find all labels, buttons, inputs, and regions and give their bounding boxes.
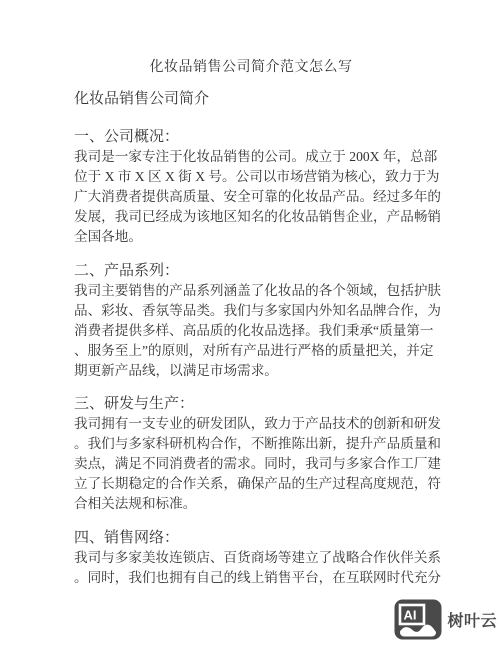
section-rd-production: 三、研发与生产： 我司拥有一支专业的研发团队，致力于产品技术的创新和研发 。我们… (74, 394, 428, 514)
section-product-series: 二、产品系列： 我司主要销售的产品系列涵盖了化妆品的各个领域，包括护肤 品、彩妆… (74, 261, 428, 381)
text-line: 广大消费者提供高质量、安全可靠的化妆品产品。经过多年的 (74, 187, 428, 207)
text-line: 位于 X 市 X 区 X 街 X 号。公司以市场营销为核心，致力于为 (74, 167, 428, 187)
watermark-brand-text: 树叶云 (447, 608, 497, 631)
text-line: 品、彩妆、香氛等品类。我们与多家国内外知名品牌合作，为 (74, 301, 428, 321)
document-content: 化妆品销售公司简介范文怎么写 化妆品销售公司简介 一、公司概况： 我司是一家专注… (74, 58, 428, 588)
text-line: 期更新产品线，以满足市场需求。 (74, 361, 428, 381)
text-line: 。同时，我们也拥有自己的线上销售平台，在互联网时代充分 (74, 568, 428, 588)
section-heading: 四、销售网络： (74, 528, 428, 548)
section-sales-network: 四、销售网络： 我司与多家美妆连锁店、百货商场等建立了战略合作伙伴关系 。同时，… (74, 528, 428, 588)
text-line: 、服务至上”的原则，对所有产品进行严格的质量把关，并定 (74, 341, 428, 361)
text-line: 发展，我司已经成为该地区知名的化妆品销售企业，产品畅销 (74, 207, 428, 227)
text-line: 我司是一家专注于化妆品销售的公司。成立于 200X 年，总部 (74, 147, 428, 167)
text-line: 全国各地。 (74, 227, 428, 247)
watermark: AI 树叶云 (394, 599, 497, 640)
section-heading: 二、产品系列： (74, 261, 428, 281)
text-line: 我司拥有一支专业的研发团队，致力于产品技术的创新和研发 (74, 414, 428, 434)
section-company-overview: 一、公司概况： 我司是一家专注于化妆品销售的公司。成立于 200X 年，总部 位… (74, 127, 428, 247)
text-line: 立了长期稳定的合作关系，确保产品的生产过程高度规范，符 (74, 474, 428, 494)
text-line: 合相关法规和标准。 (74, 494, 428, 514)
text-line: 我司与多家美妆连锁店、百货商场等建立了战略合作伙伴关系 (74, 548, 428, 568)
text-line: 消费者提供多样、高品质的化妆品选择。我们秉承“质量第一 (74, 321, 428, 341)
document-page: 化妆品销售公司简介范文怎么写 化妆品销售公司简介 一、公司概况： 我司是一家专注… (0, 0, 500, 647)
text-line: 。我们与多家科研机构合作，不断推陈出新，提升产品质量和 (74, 434, 428, 454)
text-line: 卖点，满足不同消费者的需求。同时，我司与多家合作工厂建 (74, 454, 428, 474)
text-line: 我司主要销售的产品系列涵盖了化妆品的各个领域，包括护肤 (74, 281, 428, 301)
document-subtitle: 化妆品销售公司简介 (74, 89, 428, 109)
document-title: 化妆品销售公司简介范文怎么写 (74, 58, 428, 78)
ai-image-icon: AI (394, 599, 442, 640)
section-heading: 三、研发与生产： (74, 394, 428, 414)
section-heading: 一、公司概况： (74, 127, 428, 147)
ai-icon-label: AI (404, 608, 417, 623)
